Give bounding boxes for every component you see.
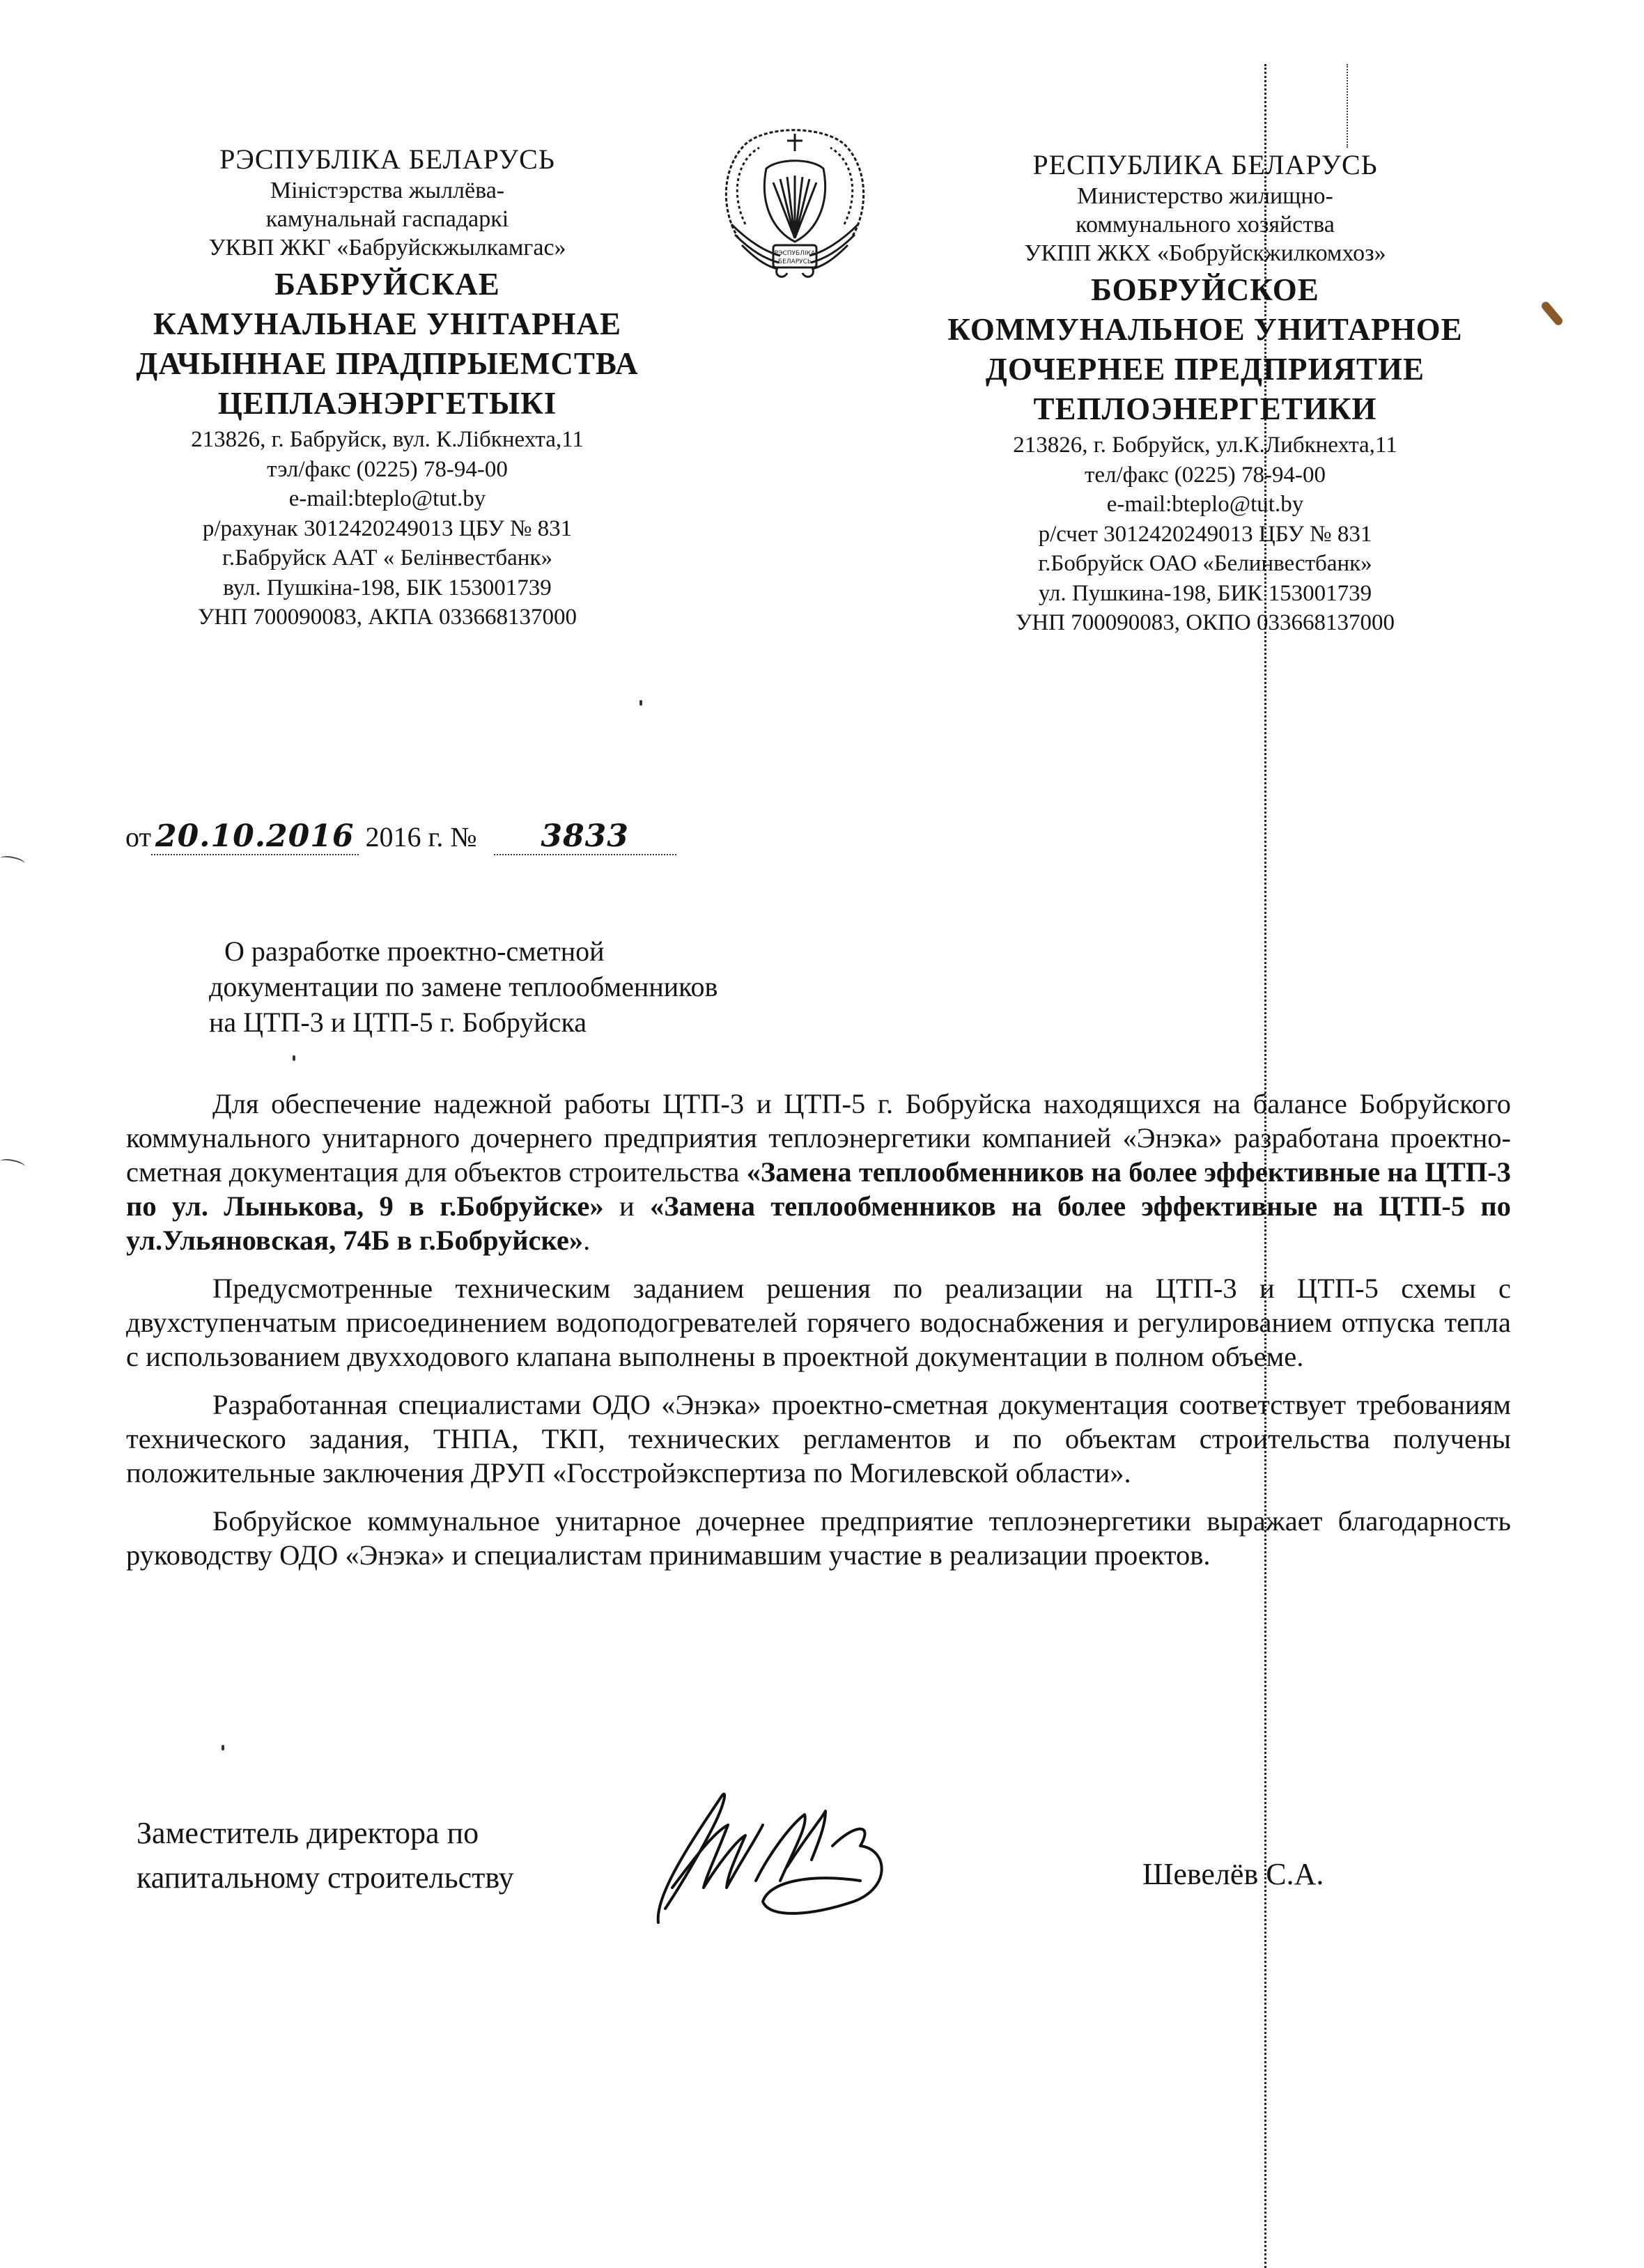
bank-account-line: р/счет 3012420249013 ЦБУ № 831: [940, 520, 1470, 550]
phone-line: тел/факс (0225) 78-94-00: [940, 460, 1470, 490]
svg-text:БЕЛАРУСЬ: БЕЛАРУСЬ: [778, 258, 812, 265]
signatory-title-line: капитальному строительству: [137, 1856, 514, 1900]
date-prefix: от: [125, 821, 151, 853]
punch-hole-mark: [0, 854, 26, 867]
country-name: РЕСПУБЛИКА БЕЛАРУСЬ: [940, 148, 1470, 182]
letterhead-belarusian: РЭСПУБЛІКА БЕЛАРУСЬ Міністэрства жыллёва…: [123, 143, 652, 632]
bank-name-line: г.Бобруйск ОАО «Белинвестбанк»: [940, 549, 1470, 579]
address-line: 213826, г. Бобруйск, ул.К.Либкнехта,11: [940, 430, 1470, 460]
org-name-line: ДАЧЫННАЕ ПРАДПРЫЕМСТВА: [123, 344, 652, 384]
address-line: 213826, г. Бабруйск, вул. К.Лібкнехта,11: [123, 425, 652, 455]
tax-id-line: УНП 700090083, ОКПО 033668137000: [940, 608, 1470, 638]
handwritten-number: 3833: [494, 818, 676, 855]
svg-text:РЭСПУБЛІКА: РЭСПУБЛІКА: [775, 250, 816, 257]
subject-line: документации по замене теплообменников: [209, 969, 718, 1004]
parent-org-line: УКВП ЖКГ «Бабруйскжылкамгас»: [123, 233, 652, 262]
registration-line: от20.10.2016 2016 г. № 3833: [125, 818, 676, 855]
year-number-label: 2016 г. №: [366, 821, 477, 853]
org-name-line: БОБРУЙСКОЕ: [940, 270, 1470, 310]
ministry-line: коммунального хозяйства: [940, 210, 1470, 239]
belarus-coat-of-arms-icon: РЭСПУБЛІКА БЕЛАРУСЬ: [718, 120, 872, 281]
scan-fold-line-faint: [1347, 64, 1348, 148]
signatory-title: Заместитель директора по капитальному ст…: [137, 1811, 514, 1900]
email-line: e-mail:bteplo@tut.by: [940, 490, 1470, 520]
paragraph-text: и: [604, 1190, 650, 1222]
bank-account-line: р/рахунак 3012420249013 ЦБУ № 831: [123, 514, 652, 544]
handwritten-signature-icon: [651, 1783, 1069, 1936]
org-name-line: ДОЧЕРНЕЕ ПРЕДПРИЯТИЕ: [940, 350, 1470, 389]
country-name: РЭСПУБЛІКА БЕЛАРУСЬ: [123, 143, 652, 176]
signatory-name: Шевелёв С.А.: [1142, 1856, 1324, 1892]
ministry-line: Міністэрства жыллёва-: [123, 176, 652, 205]
subject-line: О разработке проектно-сметной: [209, 933, 718, 969]
scan-stain-mark: [1540, 300, 1565, 327]
bank-address-line: ул. Пушкина-198, БИК 153001739: [940, 579, 1470, 609]
signatory-title-line: Заместитель директора по: [137, 1811, 514, 1856]
punch-hole-mark: [0, 1157, 26, 1170]
ministry-line: камунальнай гаспадаркі: [123, 205, 652, 233]
letter-body: Для обеспечение надежной работы ЦТП-3 и …: [126, 1087, 1511, 1586]
parent-org-line: УКПП ЖКХ «Бобруйскжилкомхоз»: [940, 239, 1470, 267]
org-name-line: ЦЕПЛАЭНЭРГЕТЫКІ: [123, 384, 652, 424]
letterhead-russian: РЕСПУБЛИКА БЕЛАРУСЬ Министерство жилищно…: [940, 148, 1470, 638]
body-paragraph: Разработанная специалистами ОДО «Энэка» …: [126, 1388, 1511, 1490]
phone-line: тэл/факс (0225) 78-94-00: [123, 455, 652, 485]
org-name-line: ТЕПЛОЭНЕРГЕТИКИ: [940, 389, 1470, 429]
handwritten-date: 20.10.2016: [151, 818, 359, 855]
scan-speck: [293, 1055, 295, 1061]
org-name-line: КАМУНАЛЬНАЕ УНІТАРНАЕ: [123, 304, 652, 344]
scan-speck: [639, 700, 642, 706]
body-paragraph: Предусмотренные техническим заданием реш…: [126, 1271, 1511, 1374]
letter-subject: О разработке проектно-сметной документац…: [209, 933, 718, 1040]
subject-line: на ЦТП-3 и ЦТП-5 г. Бобруйска: [209, 1004, 718, 1040]
email-line: e-mail:bteplo@tut.by: [123, 484, 652, 514]
body-paragraph: Бобруйское коммунальное унитарное дочерн…: [126, 1504, 1511, 1572]
org-name-line: БАБРУЙСКАЕ: [123, 265, 652, 304]
scan-speck: [222, 1745, 224, 1750]
body-paragraph: Для обеспечение надежной работы ЦТП-3 и …: [126, 1087, 1511, 1257]
tax-id-line: УНП 700090083, АКПА 033668137000: [123, 603, 652, 632]
bank-name-line: г.Бабруйск ААТ « Белінвестбанк»: [123, 543, 652, 573]
paragraph-text: .: [583, 1225, 590, 1256]
org-name-line: КОММУНАЛЬНОЕ УНИТАРНОЕ: [940, 310, 1470, 350]
ministry-line: Министерство жилищно-: [940, 182, 1470, 210]
bank-address-line: вул. Пушкіна-198, БІК 153001739: [123, 573, 652, 603]
